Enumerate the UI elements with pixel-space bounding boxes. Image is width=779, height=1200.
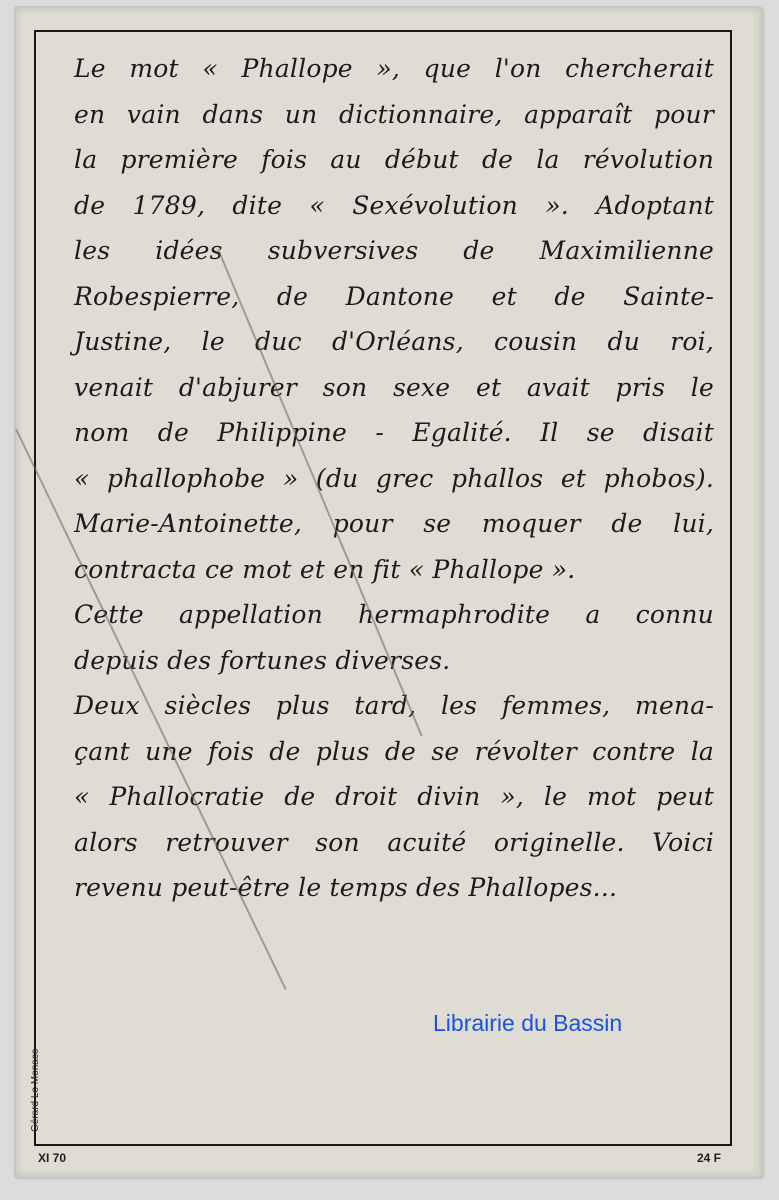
blurb-line: de 1789, dite « Sexévolution ». Adoptant <box>74 183 714 229</box>
blurb-line: la première fois au début de la révoluti… <box>74 137 714 183</box>
blurb-line: Justine, le duc d'Orléans, cousin du roi… <box>74 319 714 365</box>
blurb-line: « phallophobe » (du grec phallos et phob… <box>74 456 714 502</box>
blurb-line: Marie-Antoinette, pour se moquer de lui, <box>74 501 714 547</box>
cover-credit: Gérard Lo Monaco <box>30 1049 41 1132</box>
print-code: XI 70 <box>38 1151 66 1165</box>
blurb-line: les idées subversives de Maximilienne <box>74 228 714 274</box>
blurb-line: Le mot « Phallope », que l'on chercherai… <box>74 46 714 92</box>
blurb-line: Deux siècles plus tard, les femmes, mena… <box>74 683 714 729</box>
blurb-line: en vain dans un dictionnaire, apparaît p… <box>74 92 714 138</box>
blurb-line: nom de Philippine - Egalité. Il se disai… <box>74 410 714 456</box>
blurb-line: alors retrouver son acuité originelle. V… <box>74 820 714 866</box>
blurb-line: Robespierre, de Dantone et de Sainte- <box>74 274 714 320</box>
blurb-line: revenu peut-être le temps des Phallopes.… <box>74 865 714 911</box>
blurb-line: « Phallocratie de droit divin », le mot … <box>74 774 714 820</box>
seller-stamp: Librairie du Bassin <box>433 1010 622 1037</box>
blurb-line: contracta ce mot et en fit « Phallope ». <box>74 547 714 593</box>
price-label: 24 F <box>697 1151 721 1165</box>
blurb-line: Cette appellation hermaphrodite a connu <box>74 592 714 638</box>
blurb-text: Le mot « Phallope », que l'on chercherai… <box>74 46 714 911</box>
blurb-line: depuis des fortunes diverses. <box>74 638 714 684</box>
blurb-line: venait d'abjurer son sexe et avait pris … <box>74 365 714 411</box>
